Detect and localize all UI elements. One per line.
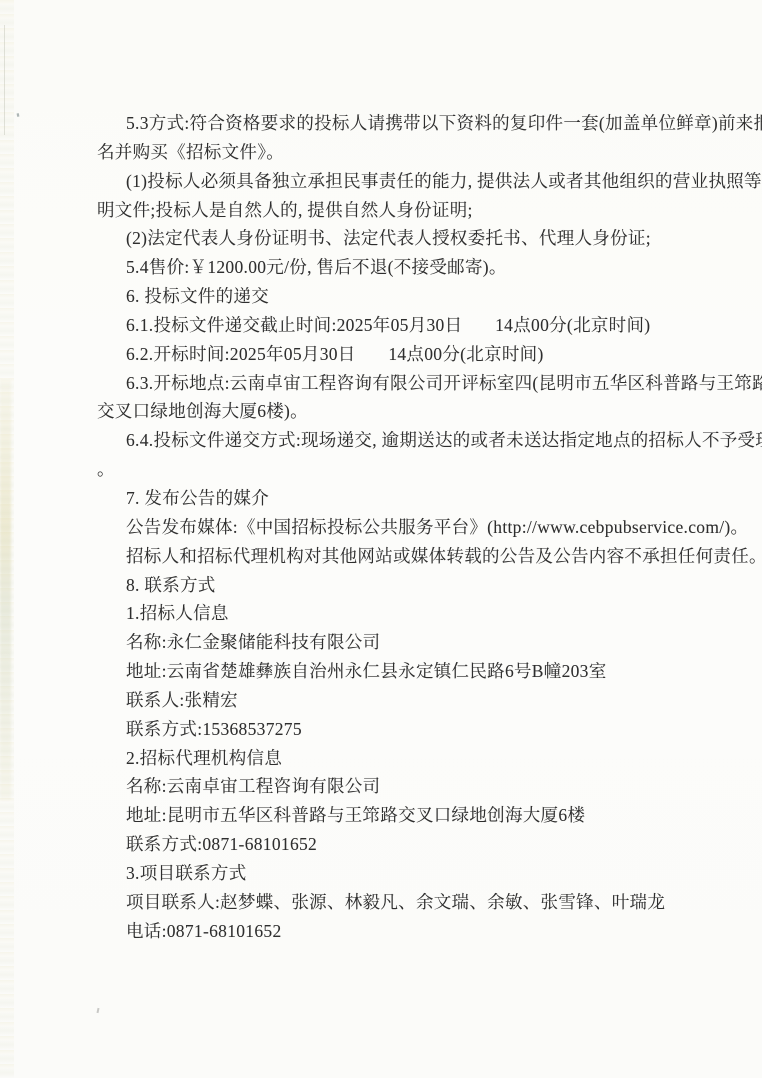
document-line: 6.2.开标时间:2025年05月30日 14点00分(北京时间) bbox=[0, 340, 762, 369]
document-line: 联系方式:15368537275 bbox=[0, 715, 762, 744]
document-line: 联系方式:0871-68101652 bbox=[0, 830, 762, 859]
document-line: 电话:0871-68101652 bbox=[0, 917, 762, 946]
document-line: 7. 发布公告的媒介 bbox=[0, 484, 762, 513]
document-line: 名称:永仁金聚储能科技有限公司 bbox=[0, 628, 762, 657]
document-line: 公告发布媒体:《中国招标投标公共服务平台》(http://www.cebpubs… bbox=[0, 513, 762, 542]
document-line: (2)法定代表人身份证明书、法定代表人授权委托书、代理人身份证; bbox=[0, 224, 762, 253]
document-line: 6.1.投标文件递交截止时间:2025年05月30日 14点00分(北京时间) bbox=[0, 311, 762, 340]
document-line: (1)投标人必须具备独立承担民事责任的能力, 提供法人或者其他组织的营业执照等证 bbox=[0, 167, 762, 196]
document-line: 。 bbox=[0, 455, 762, 484]
document-line: 名并购买《招标文件》。 bbox=[0, 138, 762, 167]
document-line: 1.招标人信息 bbox=[0, 599, 762, 628]
document-line: 联系人:张精宏 bbox=[0, 686, 762, 715]
document-line: 3.项目联系方式 bbox=[0, 859, 762, 888]
document-line: 2.招标代理机构信息 bbox=[0, 744, 762, 773]
document-line: 6. 投标文件的递交 bbox=[0, 282, 762, 311]
document-line: 交叉口绿地创海大厦6楼)。 bbox=[0, 397, 762, 426]
document-line: 地址:云南省楚雄彝族自治州永仁县永定镇仁民路6号B幢203室 bbox=[0, 657, 762, 686]
scanned-document-page: 5.3方式:符合资格要求的投标人请携带以下资料的复印件一套(加盖单位鲜章)前来报… bbox=[0, 0, 762, 1078]
document-line: 地址:昆明市五华区科普路与王筇路交叉口绿地创海大厦6楼 bbox=[0, 801, 762, 830]
document-line: 6.3.开标地点:云南卓宙工程咨询有限公司开评标室四(昆明市五华区科普路与王筇路 bbox=[0, 369, 762, 398]
document-line: 6.4.投标文件递交方式:现场递交, 逾期送达的或者未送达指定地点的招标人不予受… bbox=[0, 426, 762, 455]
document-line: 项目联系人:赵梦蝶、张源、林毅凡、余文瑞、余敏、张雪锋、叶瑞龙 bbox=[0, 888, 762, 917]
scan-speck bbox=[97, 1008, 100, 1013]
document-line: 名称:云南卓宙工程咨询有限公司 bbox=[0, 772, 762, 801]
document-line: 8. 联系方式 bbox=[0, 571, 762, 600]
document-line: 招标人和招标代理机构对其他网站或媒体转载的公告及公告内容不承担任何责任。 bbox=[0, 542, 762, 571]
document-line: 明文件;投标人是自然人的, 提供自然人身份证明; bbox=[0, 196, 762, 225]
document-line: 5.4售价:￥1200.00元/份, 售后不退(不接受邮寄)。 bbox=[0, 253, 762, 282]
document-line: 5.3方式:符合资格要求的投标人请携带以下资料的复印件一套(加盖单位鲜章)前来报 bbox=[0, 109, 762, 138]
document-content: 5.3方式:符合资格要求的投标人请携带以下资料的复印件一套(加盖单位鲜章)前来报… bbox=[0, 109, 762, 945]
